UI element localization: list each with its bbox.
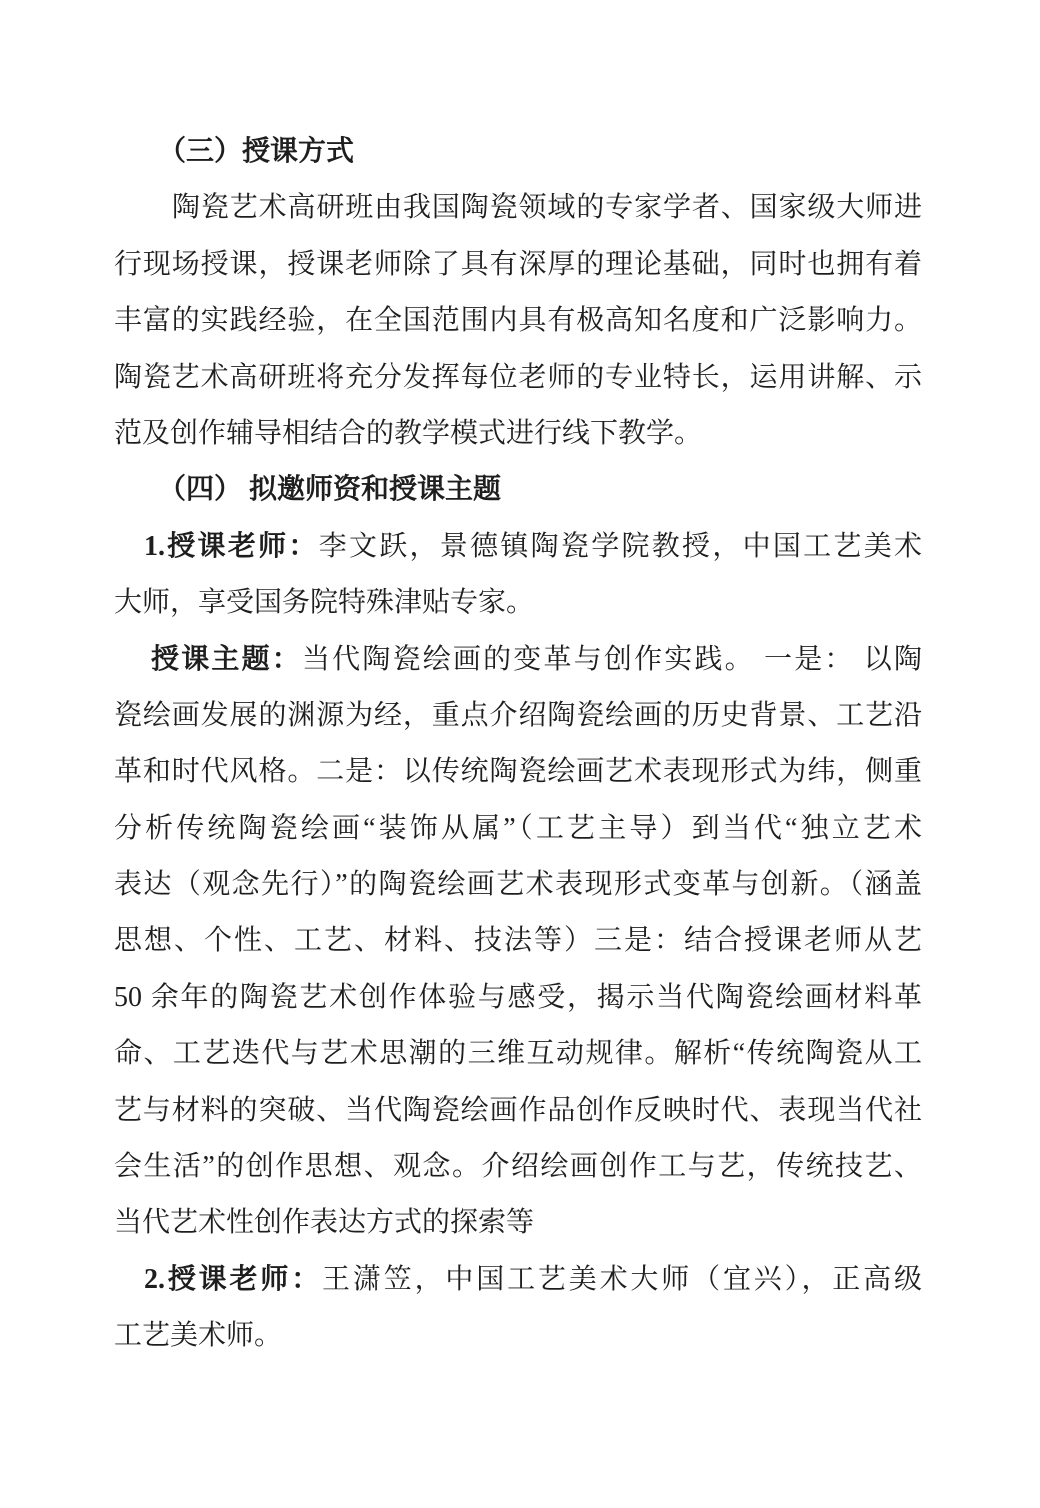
paragraph-line: 丰富的实践经验，在全国范围内具有极高知名度和广泛影响力。 — [114, 293, 922, 349]
section-heading-teaching-method: （三）授课方式 — [114, 124, 922, 180]
teacher-2-intro-line: 2.授课老师：王潇笠，中国工艺美术大师（宜兴），正高级 — [114, 1252, 922, 1308]
paragraph-line: 行现场授课，授课老师除了具有深厚的理论基础，同时也拥有着 — [114, 237, 922, 293]
paragraph-line: 50 余年的陶瓷艺术创作体验与感受，揭示当代陶瓷绘画材料革 — [114, 970, 922, 1026]
paragraph-line: 艺与材料的突破、当代陶瓷绘画作品创作反映时代、表现当代社 — [114, 1083, 922, 1139]
topic-1-text: 当代陶瓷绘画的变革与创作实践。 一是： 以陶 — [302, 644, 922, 675]
topic-1-label: 授课主题： — [151, 644, 302, 675]
paragraph-line: 分析传统陶瓷绘画“装饰从属”（工艺主导）到当代“独立艺术 — [114, 801, 922, 857]
paragraph-line: 会生活”的创作思想、观念。介绍绘画创作工与艺，传统技艺、 — [114, 1139, 922, 1195]
paragraph-line: 命、工艺迭代与艺术思潮的三维互动规律。解析“传统陶瓷从工 — [114, 1026, 922, 1082]
paragraph-line: 陶瓷艺术高研班将充分发挥每位老师的专业特长，运用讲解、示 — [114, 350, 922, 406]
teacher-1-intro-line: 1.授课老师：李文跃，景德镇陶瓷学院教授，中国工艺美术 — [114, 519, 922, 575]
topic-1-intro-line: 授课主题：当代陶瓷绘画的变革与创作实践。 一是： 以陶 — [114, 632, 922, 688]
paragraph-line: 革和时代风格。二是：以传统陶瓷绘画艺术表现形式为纬，侧重 — [114, 744, 922, 800]
paragraph-line: 瓷绘画发展的渊源为经，重点介绍陶瓷绘画的历史背景、工艺沿 — [114, 688, 922, 744]
paragraph-line: 陶瓷艺术高研班由我国陶瓷领域的专家学者、国家级大师进 — [114, 180, 922, 236]
teacher-2-label: 2.授课老师： — [144, 1264, 322, 1295]
paragraph-line: 思想、个性、工艺、材料、技法等）三是：结合授课老师从艺 — [114, 913, 922, 969]
paragraph-line: 工艺美术师。 — [114, 1308, 922, 1364]
teacher-2-text: 王潇笠，中国工艺美术大师（宜兴），正高级 — [322, 1264, 922, 1295]
teacher-1-label: 1.授课老师： — [144, 531, 319, 562]
document-page: （三）授课方式 陶瓷艺术高研班由我国陶瓷领域的专家学者、国家级大师进 行现场授课… — [0, 0, 1040, 1508]
paragraph-line: 当代艺术性创作表达方式的探索等 — [114, 1195, 922, 1251]
document-text-block: （三）授课方式 陶瓷艺术高研班由我国陶瓷领域的专家学者、国家级大师进 行现场授课… — [114, 124, 922, 1365]
paragraph-line: 大师，享受国务院特殊津贴专家。 — [114, 575, 922, 631]
paragraph-line: 范及创作辅导相结合的教学模式进行线下教学。 — [114, 406, 922, 462]
teacher-1-text: 李文跃，景德镇陶瓷学院教授，中国工艺美术 — [319, 531, 922, 562]
paragraph-line: 表达（观念先行）”的陶瓷绘画艺术表现形式变革与创新。（涵盖 — [114, 857, 922, 913]
section-heading-teachers-topics: （四） 拟邀师资和授课主题 — [114, 462, 922, 518]
